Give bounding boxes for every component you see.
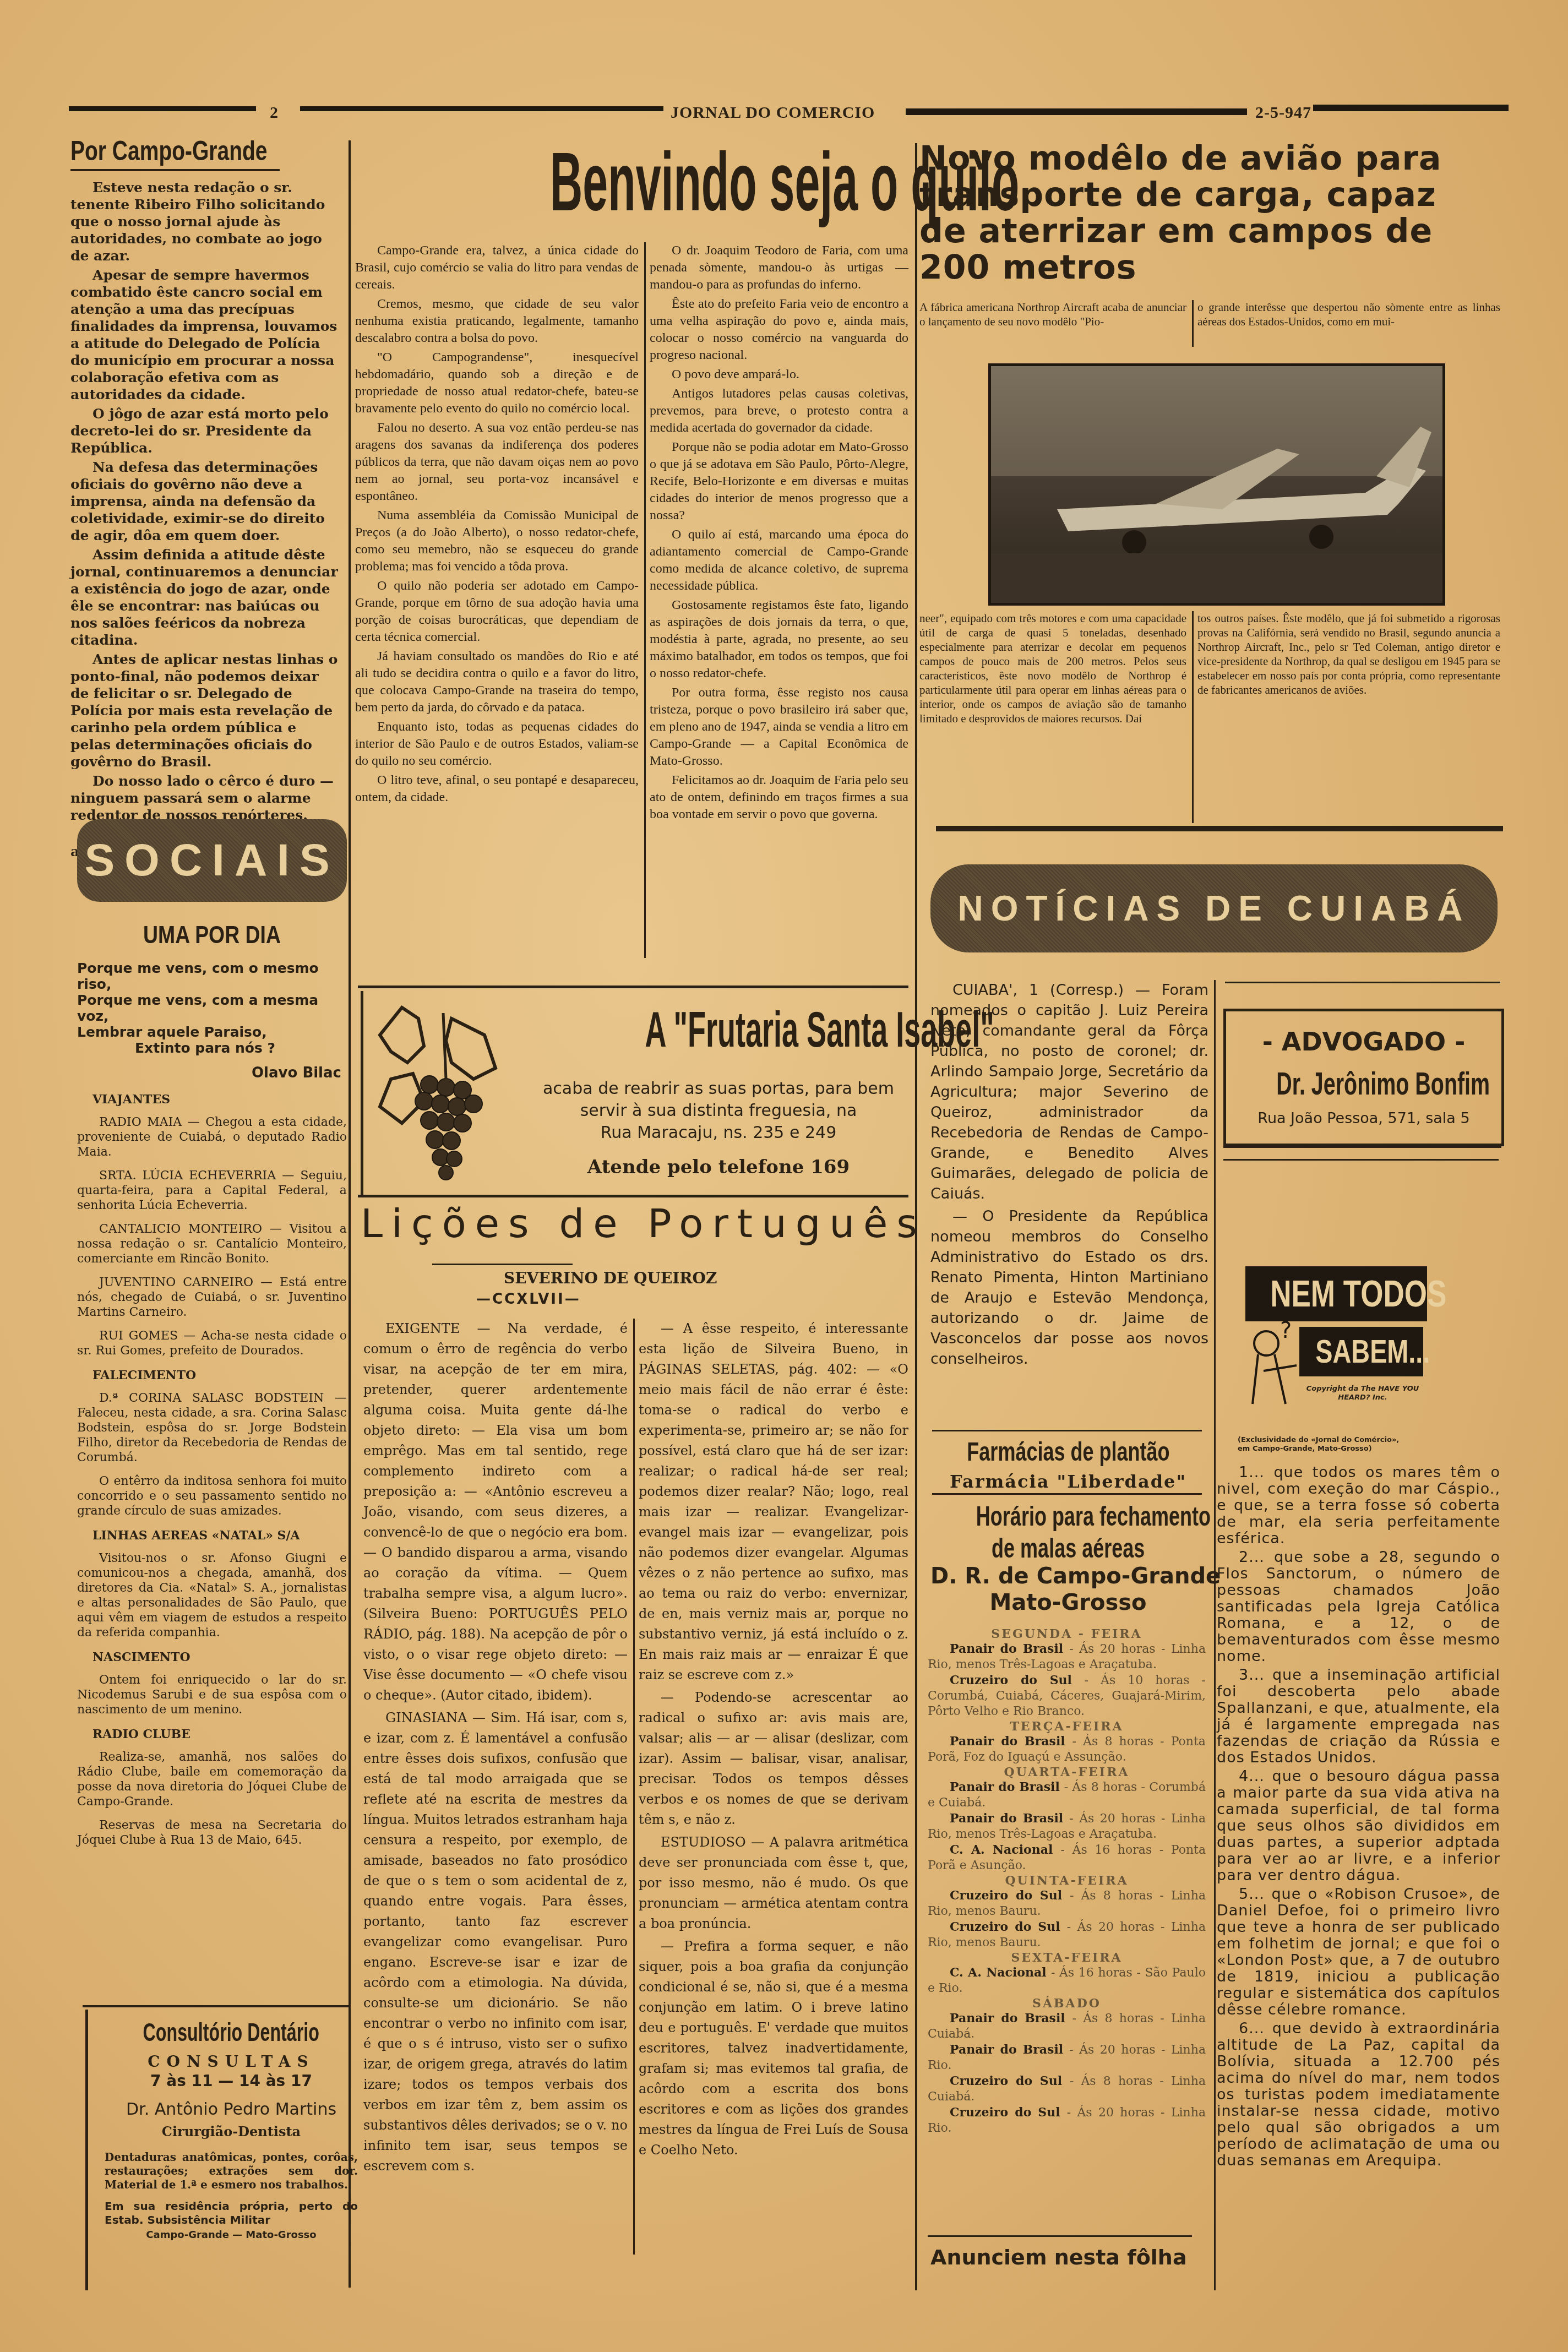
aviao-bottom-rule [936, 826, 1503, 831]
paragraph: O dr. Joaquim Teodoro de Faria, com uma … [650, 242, 908, 293]
sociais-item: Visitou-nos o sr. Afonso Giugni e comuni… [77, 1551, 347, 1640]
paper-name: JORNAL DO COMERCIO [671, 104, 875, 122]
paragraph: 5... que o «Robison Crusoe», de Daniel D… [1217, 1886, 1500, 2018]
schedule-entry: Panair do Brasil - Ás 20 horas - Linha R… [928, 1641, 1206, 1673]
advogado-bottom-rule [1223, 1146, 1501, 1148]
horario-title: Horário para fechamento de malas aéreas [930, 1500, 1206, 1564]
paragraph: Numa assembléia da Comissão Municipal de… [355, 507, 639, 575]
sociais-heading: RADIO CLUBE [92, 1727, 347, 1742]
paragraph: Já haviam consultado os mandões do Rio e… [355, 648, 639, 716]
paragraph: Na defesa das determinações oficiais do … [70, 459, 340, 544]
section-title: Por Campo-Grande [70, 135, 340, 168]
advogado-address: Rua João Pessoa, 571, sala 5 [1226, 1110, 1501, 1127]
sociais-item-lead: D.ª CORINA SALASC BODSTEIN [99, 1391, 335, 1405]
paragraph: Esteve nesta redação o sr. tenente Ribei… [70, 179, 340, 264]
carrier-name: Cruzeiro do Sul [950, 1920, 1067, 1934]
licoes-col-2: — A êsse respeito, é interessante esta l… [639, 1319, 908, 2163]
carrier-name: Cruzeiro do Sul [950, 2105, 1067, 2120]
sociais-notes: VIAJANTESRADIO MAIA — Chegou a esta cida… [77, 1092, 347, 1848]
schedule-entry: Panair do Brasil - Ás 8 horas - Linha Cu… [928, 2011, 1206, 2042]
consult-hours: 7 às 11 — 14 às 17 [105, 2072, 358, 2090]
masthead-rule-mid [300, 106, 663, 111]
licoes-ornament-rule [432, 1264, 573, 1265]
paragraph: EXIGENTE — Na verdade, é comum o êrro de… [363, 1319, 628, 1706]
dentist-address: Em sua residência própria, perto do Esta… [105, 2199, 358, 2227]
sociais-item: Ontem foi enriquecido o lar do sr. Nicod… [77, 1673, 347, 1717]
carrier-name: Panair do Brasil [950, 2011, 1072, 2026]
quilo-col-1: Campo-Grande era, talvez, a única cidade… [355, 242, 639, 808]
licoes-column-divider [633, 1319, 635, 2255]
paragraph: 6... que devido à extraordinária altitud… [1217, 2021, 1500, 2169]
quilo-headline: Benvindo seja o quilo [358, 138, 908, 226]
horario-subtitle-2: Mato-Grosso [930, 1590, 1206, 1615]
paragraph: Cremos, mesmo, que cidade de seu valor n… [355, 296, 639, 347]
sociais-item-lead: JUVENTINO CARNEIRO [99, 1276, 260, 1289]
licoes-title: Lições de Português [361, 1200, 911, 1246]
paragraph: "O Campograndense", inesquecível hebdoma… [355, 349, 639, 417]
sociais-item-text: Realiza-se, amanhã, nos salões do Rádio … [77, 1750, 347, 1809]
paragraph: CUIABA', 1 (Corresp.) — Foram nomeados o… [930, 980, 1208, 1204]
nem-todos-exclusive: (Exclusividade do «Jornal do Comércio», … [1238, 1436, 1403, 1453]
svg-text:?: ? [1280, 1321, 1292, 1343]
frutaria-line-2: servir à sua distinta freguesia, na [529, 1101, 908, 1120]
quilo-column-divider [644, 242, 646, 958]
paragraph: O litro teve, afinal, o seu pontapé e de… [355, 772, 639, 806]
poem-line: Porque me vens, com a mesma voz, [77, 992, 347, 1024]
nem-todos-title-1: NEM TODOS [1245, 1266, 1427, 1321]
licoes-number: —CCXLVII— [476, 1291, 581, 1308]
sociais-item: Reservas de mesa na Secretaria do Jóquei… [77, 1818, 347, 1848]
paragraph: Enquanto isto, todas as pequenas cidades… [355, 718, 639, 770]
carrier-name: Cruzeiro do Sul [950, 1888, 1070, 1903]
schedule-entry: Cruzeiro do Sul - Ás 8 horas - Linha Rio… [928, 1888, 1206, 1919]
schedule-entry: Panair do Brasil - Ás 20 horas - Linha R… [928, 2042, 1206, 2073]
paragraph: Por outra forma, êsse registo nos causa … [650, 684, 908, 770]
horario-subtitle-1: D. R. de Campo-Grande [930, 1564, 1206, 1589]
page-number: 2 [270, 104, 279, 122]
advogado-name: Dr. Jerônimo Bonfim [1226, 1065, 1501, 1102]
masthead-rule-right [906, 108, 1247, 115]
sociais-item: RADIO MAIA — Chegou a esta cidade, prove… [77, 1115, 347, 1159]
schedule-day: SEXTA-FEIRA [928, 1951, 1206, 1965]
sociais-heading: VIAJANTES [92, 1092, 347, 1107]
grapes-icon [369, 997, 523, 1189]
sociais-item-lead: RADIO MAIA [99, 1115, 188, 1129]
frutaria-title: A "Frutaria Santa Isabel" [529, 1002, 908, 1059]
paragraph: Êste ato do prefeito Faria veio de encon… [650, 296, 908, 364]
paragraph: 4... que o besouro dágua passa a maior p… [1217, 1768, 1500, 1884]
horario-schedule: SEGUNDA - FEIRAPanair do Brasil - Ás 20 … [928, 1627, 1206, 2136]
farmacia-name: Farmácia "Liberdade" [930, 1471, 1206, 1492]
schedule-day: QUARTA-FEIRA [928, 1765, 1206, 1779]
frutaria-line-1: acaba de reabrir as suas portas, para be… [529, 1079, 908, 1098]
farmacias-top-rule [932, 1430, 1202, 1431]
airplane-icon [991, 366, 1442, 603]
schedule-entry: Panair do Brasil - Ás 8 horas - Ponta Po… [928, 1734, 1206, 1765]
nem-todos-facts: 1... que todos os mares têm o nivel, com… [1217, 1464, 1500, 2171]
nem-todos-title-2: SABEM... [1299, 1327, 1423, 1376]
poem-title: UMA POR DIA [97, 922, 327, 949]
carrier-name: Panair do Brasil [950, 1780, 1064, 1794]
schedule-day: SÁBADO [928, 1996, 1206, 2011]
anunciem-footer: Anunciem nesta fôlha [930, 2245, 1211, 2269]
paragraph: — Prefira a forma sequer, e não siquer, … [639, 1936, 908, 2160]
schedule-day: SEGUNDA - FEIRA [928, 1627, 1206, 1641]
paragraph: Gostosamente registamos êste fato, ligan… [650, 597, 908, 682]
paragraph: Assim definida a atitude dêste jornal, c… [70, 546, 340, 649]
carrier-name: Panair do Brasil [950, 2043, 1069, 2057]
frutaria-ad: A "Frutaria Santa Isabel" acaba de reabr… [361, 991, 911, 1195]
paragraph: 2... que sobe a 28, segundo o Flos Sanct… [1217, 1549, 1500, 1665]
paragraph: GINASIANA — Sim. Há isar, com s, e izar,… [363, 1708, 628, 2176]
sociais-heading: LINHAS AEREAS «NATAL» S/A [92, 1528, 347, 1543]
cuiaba-banner: NOTÍCIAS DE CUIABÁ [930, 864, 1498, 952]
masthead-rule-far-right [1313, 105, 1509, 111]
schedule-day: QUINTA-FEIRA [928, 1874, 1206, 1888]
aviao-col-1-bottom: neer", equipado com três motores e com u… [919, 611, 1186, 726]
paragraph: Falou no deserto. A sua voz então perdeu… [355, 420, 639, 505]
sociais-item: Realiza-se, amanhã, nos salões do Rádio … [77, 1750, 347, 1809]
paragraph: Felicitamos ao dr. Joaquim de Faria pelo… [650, 772, 908, 823]
advogado-top-rule [1225, 982, 1500, 983]
schedule-entry: Cruzeiro do Sul - Ás 20 horas - Linha Ri… [928, 2105, 1206, 2136]
dentist-ad-top-rule [83, 2005, 350, 2007]
paragraph: Antigos lutadores pelas causas coletivas… [650, 385, 908, 437]
paragraph: O jôgo de azar está morto pelo decreto-l… [70, 405, 340, 456]
schedule-entry: C. A. Nacional - Ás 16 horas - Ponta Por… [928, 1842, 1206, 1874]
sociais-item-text: Visitou-nos o sr. Afonso Giugni e comuni… [77, 1551, 347, 1640]
paragraph: O quilo não poderia ser adotado em Campo… [355, 578, 639, 646]
poem-line: Extinto para nós ? [77, 1040, 347, 1056]
schedule-entry: C. A. Nacional - Ás 16 horas - São Paulo… [928, 1965, 1206, 1996]
sociais-item-lead: SRTA. LÚCIA ECHEVERRIA [99, 1169, 282, 1183]
schedule-day: TERÇA-FEIRA [928, 1719, 1206, 1734]
farmacias-title: Farmácias de plantão [930, 1437, 1206, 1467]
schedule-entry: Panair do Brasil - Ás 20 horas - Linha R… [928, 1811, 1206, 1842]
paragraph: 1... que todos os mares têm o nivel, com… [1217, 1464, 1500, 1547]
schedule-entry: Panair do Brasil - Ás 8 horas - Corumbá … [928, 1779, 1206, 1811]
licoes-col-1: EXIGENTE — Na verdade, é comum o êrro de… [363, 1319, 628, 2179]
column-divider-1 [349, 140, 351, 2288]
advogado-label: - ADVOGADO - [1226, 1027, 1501, 1057]
sociais-item: CANTALICIO MONTEIRO — Visitou a nossa re… [77, 1222, 347, 1266]
carrier-name: Cruzeiro do Sul [950, 2074, 1070, 2088]
carrier-name: C. A. Nacional [950, 1843, 1061, 1857]
sociais-item: O entêrro da inditosa senhora foi muito … [77, 1474, 347, 1518]
sociais-item-text: Ontem foi enriquecido o lar do sr. Nicod… [77, 1673, 347, 1717]
frutaria-address: Rua Maracaju, ns. 235 e 249 [529, 1123, 908, 1142]
schedule-entry: Cruzeiro do Sul - Ás 10 horas - Corumbá,… [928, 1673, 1206, 1719]
sociais-heading: NASCIMENTO [92, 1650, 347, 1665]
paragraph: Apesar de sempre havermos combatido êste… [70, 266, 340, 403]
frutaria-bottom-rule [358, 1195, 908, 1197]
paragraph: — O Presidente da República nomeou membr… [930, 1206, 1208, 1369]
sociais-item: D.ª CORINA SALASC BODSTEIN — Faleceu, ne… [77, 1391, 347, 1465]
dentist-name: Dr. Antônio Pedro Martins [105, 2100, 358, 2119]
por-campo-grande-section: Por Campo-Grande Esteve nesta redação o … [70, 135, 340, 881]
sociais-item-text: O entêrro da inditosa senhora foi muito … [77, 1474, 347, 1518]
article-body: Esteve nesta redação o sr. tenente Ribei… [70, 179, 340, 879]
nem-todos-copyright: Copyright da The HAVE YOU HEARD? Inc. [1305, 1385, 1420, 1402]
title-underline [70, 169, 280, 171]
carrier-name: Panair do Brasil [950, 1734, 1072, 1749]
paragraph: — A êsse respeito, é interessante esta l… [639, 1319, 908, 1685]
aviao-col-2-top: o grande interêsse que despertou não sòm… [1197, 300, 1500, 329]
carrier-name: C. A. Nacional [950, 1966, 1051, 1980]
cartoon-man-icon: ? [1242, 1321, 1302, 1409]
sociais-item: JUVENTINO CARNEIRO — Está entre nós, che… [77, 1275, 347, 1320]
paragraph: 3... que a inseminação artificial foi de… [1217, 1667, 1500, 1766]
cuiaba-column-divider [1214, 980, 1216, 2290]
poem: Porque me vens, com o mesmo riso,Porque … [77, 960, 347, 1056]
aviao-bottom-divider [1192, 611, 1194, 823]
carrier-name: Cruzeiro do Sul [950, 1673, 1085, 1687]
aviao-col-2-bottom: tos outros países. Êste modêlo, que já f… [1197, 611, 1500, 697]
issue-date: 2-5-947 [1255, 104, 1311, 122]
poem-author: Olavo Bilac [77, 1065, 341, 1081]
paragraph: Do nosso lado o cêrco é duro — ninguem p… [70, 772, 340, 824]
nem-todos-top-rule [1223, 1159, 1499, 1161]
aviao-col-1-top: A fábrica americana Northrop Aircraft ac… [919, 300, 1186, 329]
frutaria-phone: Atende pelo telefone 169 [529, 1156, 908, 1178]
farmacias-bottom-rule [932, 1493, 1202, 1495]
carrier-name: Panair do Brasil [950, 1811, 1069, 1826]
dentist-city: Campo-Grande — Mato-Grosso [105, 2229, 358, 2241]
sociais-banner: SOCIAIS [77, 819, 347, 902]
dentist-ad-title: Consultório Dentário [105, 2017, 358, 2047]
dentist-role: Cirurgião-Dentista [105, 2124, 358, 2139]
carrier-name: Panair do Brasil [950, 1642, 1069, 1656]
advogado-ad: - ADVOGADO - Dr. Jerônimo Bonfim Rua Joã… [1223, 1009, 1504, 1146]
aviao-headline: Novo modêlo de avião para transporte de … [919, 140, 1476, 286]
masthead-rule-left [69, 106, 256, 111]
cuiaba-news: CUIABA', 1 (Corresp.) — Foram nomeados o… [930, 980, 1208, 1371]
poem-line: Lembrar aquele Paraiso, [77, 1024, 347, 1040]
paragraph: O povo deve ampará-lo. [650, 366, 908, 383]
sociais-item-lead: CANTALICIO MONTEIRO [99, 1222, 270, 1236]
schedule-entry: Cruzeiro do Sul - Ás 20 horas - Linha Ri… [928, 1919, 1206, 1951]
paragraph: O quilo aí está, marcando uma época do a… [650, 526, 908, 595]
consultas-label: CONSULTAS [105, 2052, 358, 2071]
frutaria-top-rule [358, 986, 908, 988]
sociais-item-lead: RUI GOMES [99, 1329, 183, 1343]
aviao-top-divider [1192, 300, 1194, 347]
paragraph: Antes de aplicar nestas linhas o ponto-f… [70, 651, 340, 770]
poem-line: Porque me vens, com o mesmo riso, [77, 960, 347, 992]
horario-bottom-rule [928, 2235, 1192, 2237]
licoes-author: SEVERINO DE QUEIROZ [504, 1269, 717, 1287]
quilo-col-2: O dr. Joaquim Teodoro de Faria, com uma … [650, 242, 908, 825]
schedule-entry: Cruzeiro do Sul - Ás 8 horas - Linha Cui… [928, 2073, 1206, 2105]
sociais-heading: FALECIMENTO [92, 1368, 347, 1383]
paragraph: ESTUDIOSO — A palavra aritmética deve se… [639, 1832, 908, 1934]
sociais-item: SRTA. LÚCIA ECHEVERRIA — Seguiu, quarta-… [77, 1168, 347, 1213]
sociais-item: RUI GOMES — Acha-se nesta cidade o sr. R… [77, 1329, 347, 1358]
paragraph: Campo-Grande era, talvez, a única cidade… [355, 242, 639, 293]
sociais-section: UMA POR DIA Porque me vens, com o mesmo … [77, 914, 347, 1856]
paragraph: Porque não se podia adotar em Mato-Gross… [650, 439, 908, 524]
dentist-services: Dentaduras anatômicas, pontes, corôas, r… [105, 2150, 358, 2192]
airplane-photo [988, 363, 1445, 606]
dentist-ad: Consultório Dentário CONSULTAS 7 às 11 —… [85, 2010, 358, 2290]
paragraph: — Podendo-se acrescentar ao radical o su… [639, 1687, 908, 1830]
sociais-item-text: Reservas de mesa na Secretaria do Jóquei… [77, 1819, 347, 1847]
